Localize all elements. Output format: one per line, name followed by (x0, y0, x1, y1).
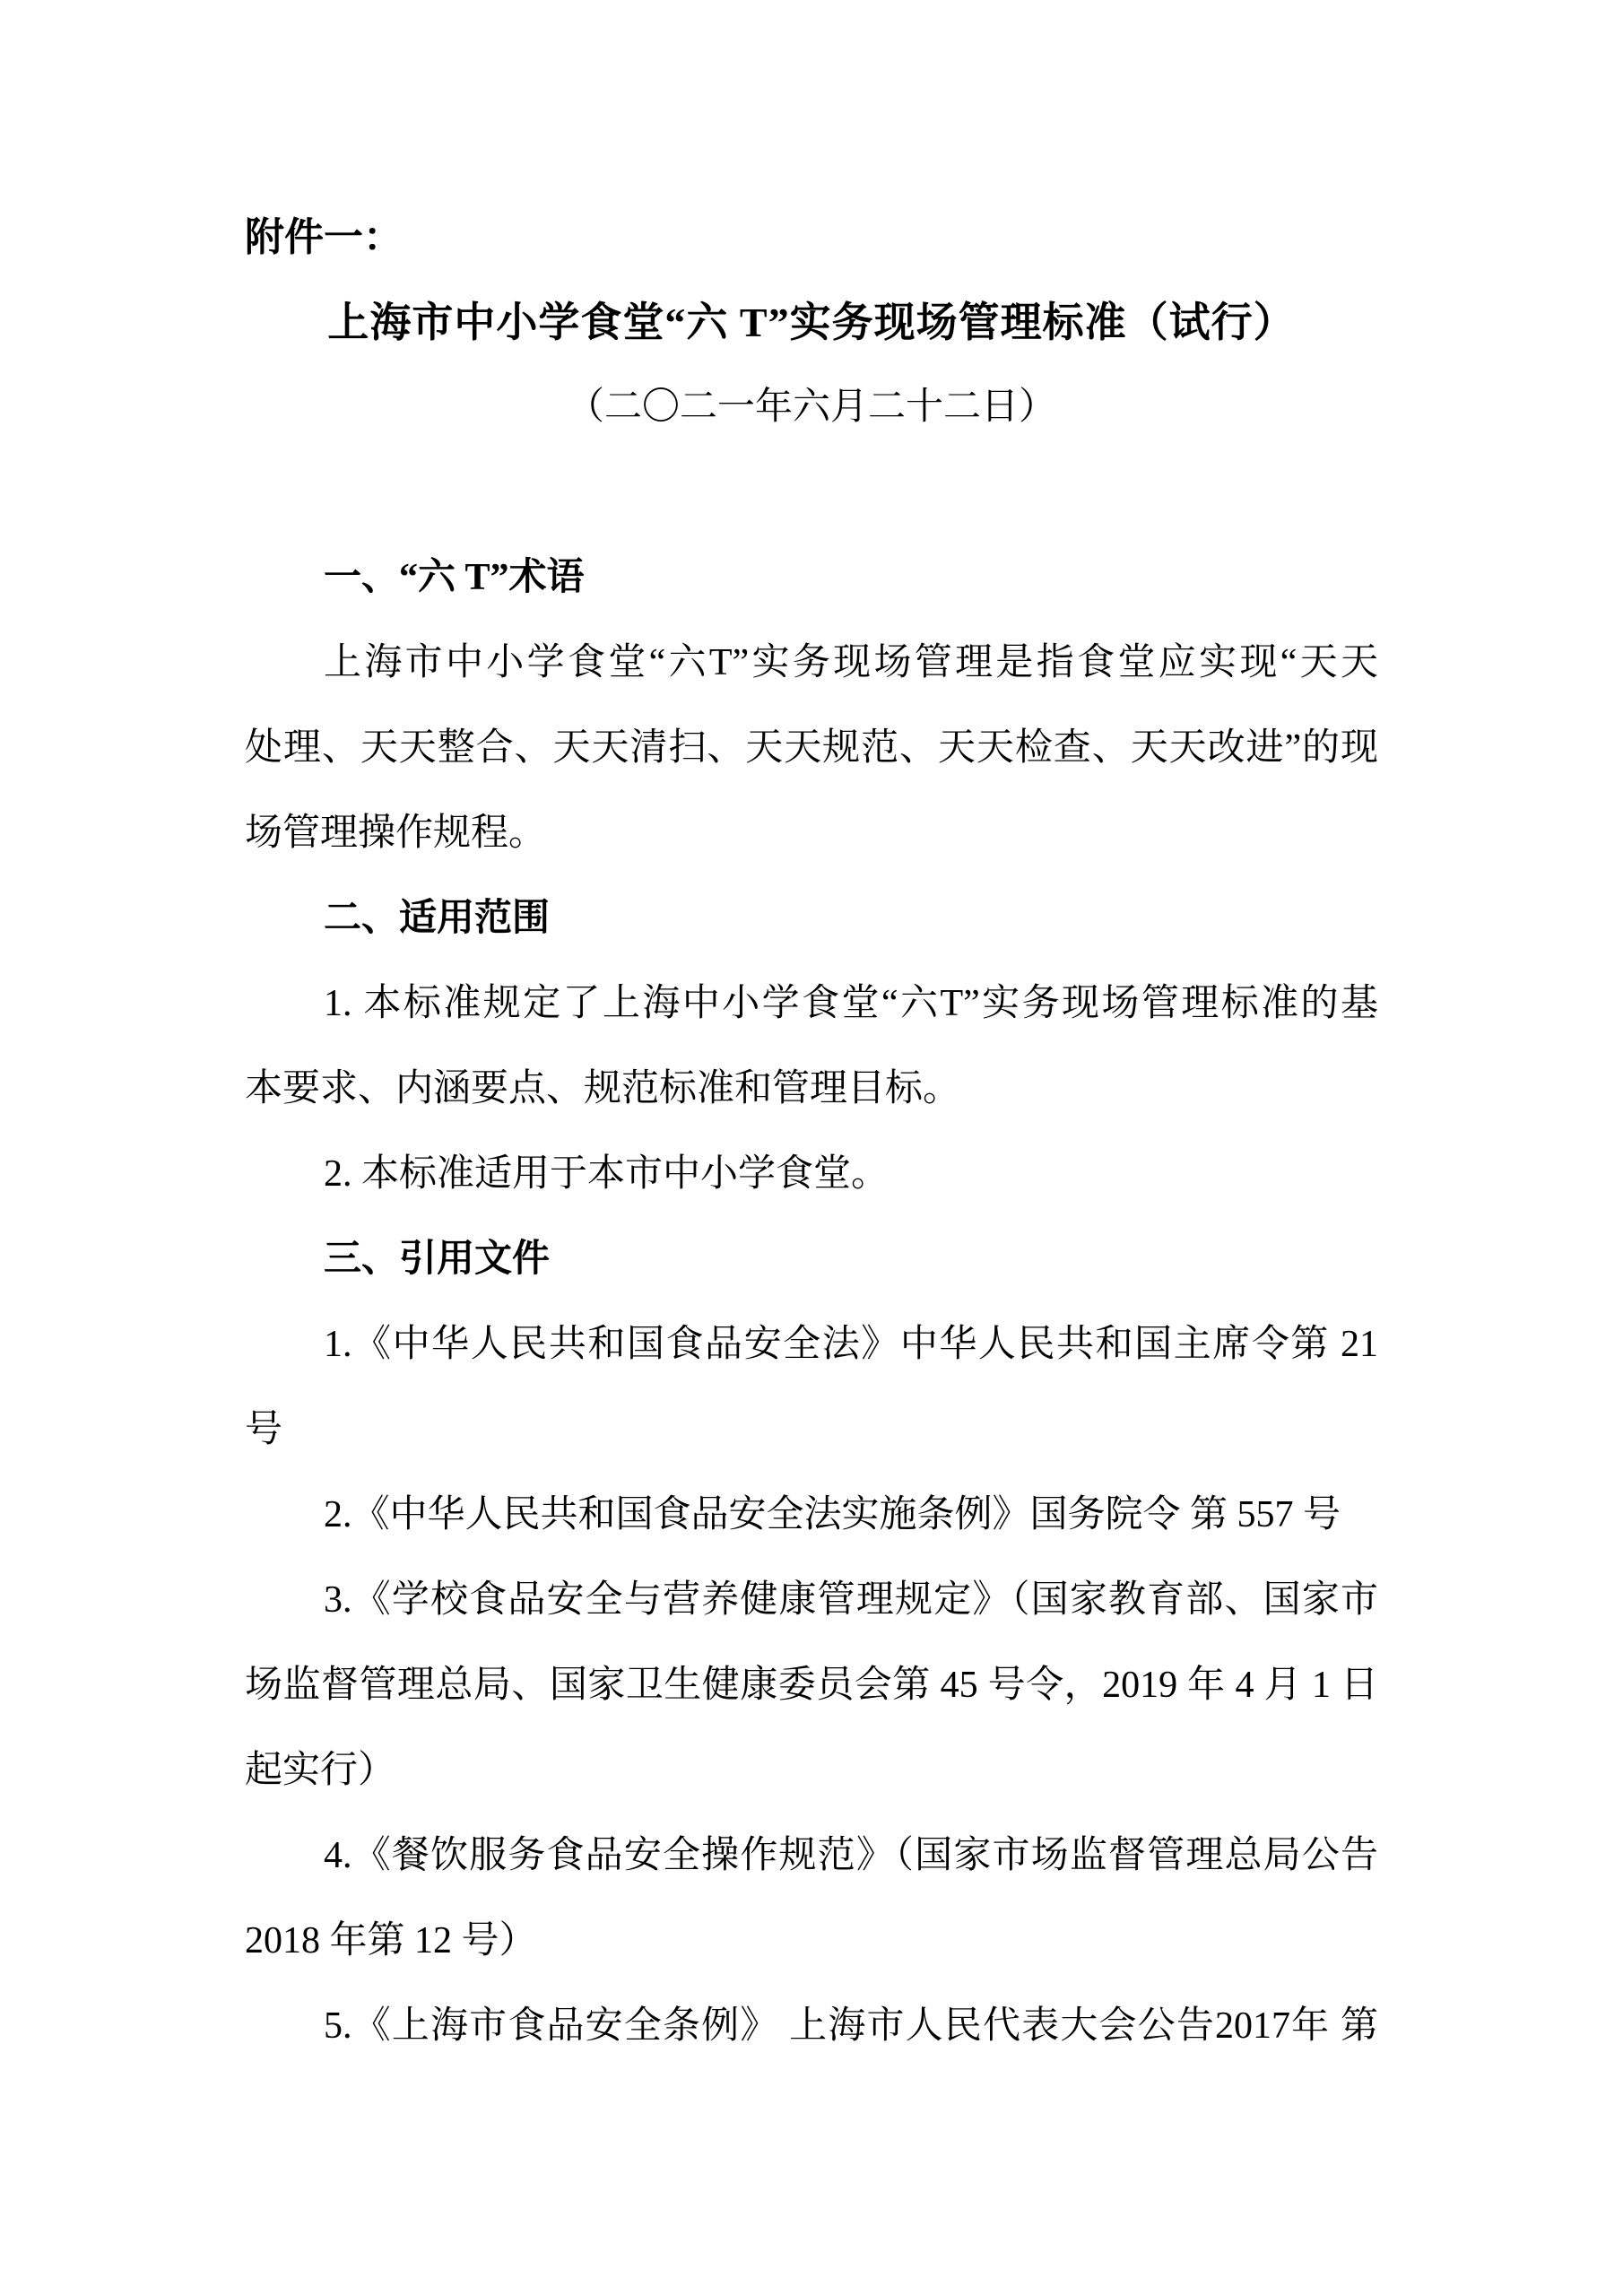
attachment-label: 附件一： (245, 195, 1378, 280)
document-page: 附件一： 上海市中小学食堂“六 T”实务现场管理标准（试行） （二〇二一年六月二… (0, 0, 1623, 2296)
body-line: 2. 本标准适用于本市中小学食堂。 (245, 1132, 1378, 1217)
body-line: 5.《上海市食品安全条例》 上海市人民代表大会公告2017年 第 (245, 1984, 1378, 2069)
body-line: 4.《餐饮服务食品安全操作规范》（国家市场监督管理总局公告 (245, 1813, 1378, 1899)
body-line: 本要求、内涵要点、规范标准和管理目标。 (245, 1047, 1378, 1132)
section-1-heading: 一、“六 T”术语 (245, 535, 1378, 621)
document-body: 附件一： 上海市中小学食堂“六 T”实务现场管理标准（试行） （二〇二一年六月二… (245, 195, 1378, 2069)
body-line: 1.《中华人民共和国食品安全法》中华人民共和国主席令第 21 (245, 1302, 1378, 1387)
body-line: 1. 本标准规定了上海中小学食堂“六T”实务现场管理标准的基 (245, 961, 1378, 1047)
section-2-heading: 二、适用范围 (245, 876, 1378, 961)
body-line: 号 (245, 1387, 1378, 1473)
body-line: 场管理操作规程。 (245, 791, 1378, 876)
body-line: 3.《学校食品安全与营养健康管理规定》（国家教育部、国家市 (245, 1558, 1378, 1643)
body-line: 起实行） (245, 1728, 1378, 1813)
body-line: 场监督管理总局、国家卫生健康委员会第 45 号令，2019 年 4 月 1 日 (245, 1643, 1378, 1728)
body-line: 2.《中华人民共和国食品安全法实施条例》国务院令 第 557 号 (245, 1473, 1378, 1558)
body-line: 处理、天天整合、天天清扫、天天规范、天天检查、天天改进”的现 (245, 706, 1378, 791)
document-date: （二〇二一年六月二十二日） (245, 365, 1378, 450)
body-line: 2018 年第 12 号） (245, 1899, 1378, 1984)
spacer-line (245, 450, 1378, 535)
section-3-heading: 三、引用文件 (245, 1217, 1378, 1302)
body-line: 上海市中小学食堂“六T”实务现场管理是指食堂应实现“天天 (245, 621, 1378, 706)
document-title: 上海市中小学食堂“六 T”实务现场管理标准（试行） (245, 280, 1378, 365)
